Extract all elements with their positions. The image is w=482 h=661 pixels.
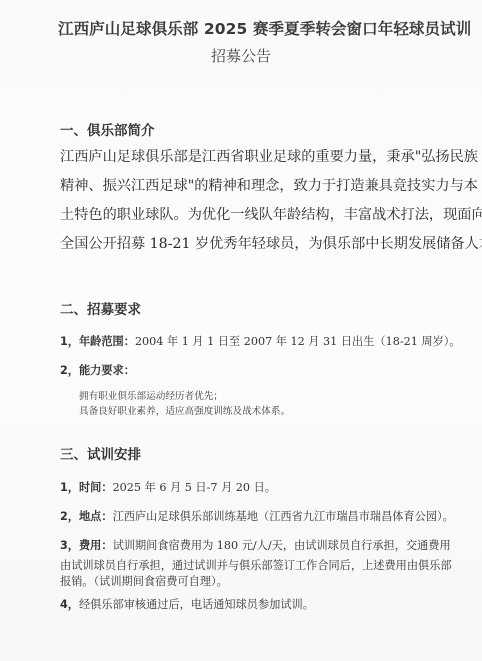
item-number: 1， bbox=[60, 481, 79, 494]
item-text: 经俱乐部审核通过后，电话通知球员参加试训。 bbox=[79, 598, 314, 611]
document-title-line2: 招募公告 bbox=[0, 45, 482, 66]
paragraph-line: 江西庐山足球俱乐部是江西省职业足球的重要力量，秉承"弘扬民族 bbox=[60, 146, 478, 166]
item-text: 试训期间食宿费用为 180 元/人/天，由试训球员自行承担，交通费用 bbox=[113, 539, 451, 552]
paragraph-line: 土特色的职业球队。为优化一线队年龄结构，丰富战术打法，现面向 bbox=[60, 204, 482, 224]
item-text: 2025 年 6 月 5 日-7 月 20 日。 bbox=[113, 481, 276, 494]
requirement-item-ability: 2，能力要求： bbox=[60, 362, 135, 378]
section-heading-club-intro: 一、俱乐部简介 bbox=[60, 119, 155, 139]
item-label: 年龄范围： bbox=[79, 335, 135, 348]
cost-continuation-line: 由试训球员自行承担，通过试训并与俱乐部签订工作合同后，上述费用由俱乐部 bbox=[60, 557, 452, 573]
trial-item-cost: 3，费用：试训期间食宿费用为 180 元/人/天，由试训球员自行承担，交通费用 bbox=[60, 537, 451, 553]
item-label: 地点： bbox=[79, 510, 113, 523]
item-label: 费用： bbox=[79, 539, 113, 552]
item-label: 时间： bbox=[79, 481, 113, 494]
section-heading-requirements: 二、招募要求 bbox=[60, 298, 141, 318]
ability-sub-item: 拥有职业俱乐部运动经历者优先； bbox=[79, 388, 223, 402]
cost-continuation-line: 报销。（试训期间食宿费可自理）。 bbox=[60, 573, 228, 589]
item-number: 3， bbox=[60, 539, 79, 552]
item-number: 1， bbox=[60, 335, 79, 348]
section-heading-trial-arrangement: 三、试训安排 bbox=[60, 443, 141, 463]
item-number: 4， bbox=[60, 598, 79, 611]
document-title-line1: 江西庐山足球俱乐部 2025 赛季夏季转会窗口年轻球员试训 bbox=[58, 17, 471, 39]
item-text: 2004 年 1 月 1 日至 2007 年 12 月 31 日出生（18-21… bbox=[135, 335, 461, 348]
paragraph-line: 全国公开招募 18-21 岁优秀年轻球员，为俱乐部中长期发展储备人才。 bbox=[60, 233, 482, 253]
trial-item-location: 2，地点：江西庐山足球俱乐部训练基地（江西省九江市瑞昌市瑞昌体育公园）。 bbox=[60, 508, 454, 524]
item-number: 2， bbox=[60, 510, 79, 523]
requirement-item-age: 1，年龄范围：2004 年 1 月 1 日至 2007 年 12 月 31 日出… bbox=[60, 333, 461, 349]
item-label: 能力要求： bbox=[79, 364, 135, 377]
paragraph-line: 精神、振兴江西足球"的精神和理念，致力于打造兼具竞技实力与本 bbox=[60, 175, 478, 195]
trial-item-time: 1，时间：2025 年 6 月 5 日-7 月 20 日。 bbox=[60, 479, 276, 495]
item-number: 2， bbox=[60, 364, 79, 377]
document-page: 江西庐山足球俱乐部 2025 赛季夏季转会窗口年轻球员试训 招募公告 一、俱乐部… bbox=[0, 0, 482, 661]
trial-item-notification: 4，经俱乐部审核通过后，电话通知球员参加试训。 bbox=[60, 596, 314, 612]
item-text: 江西庐山足球俱乐部训练基地（江西省九江市瑞昌市瑞昌体育公园）。 bbox=[113, 510, 454, 523]
ability-sub-item: 具备良好职业素养，适应高强度训练及战术体系。 bbox=[79, 403, 290, 417]
